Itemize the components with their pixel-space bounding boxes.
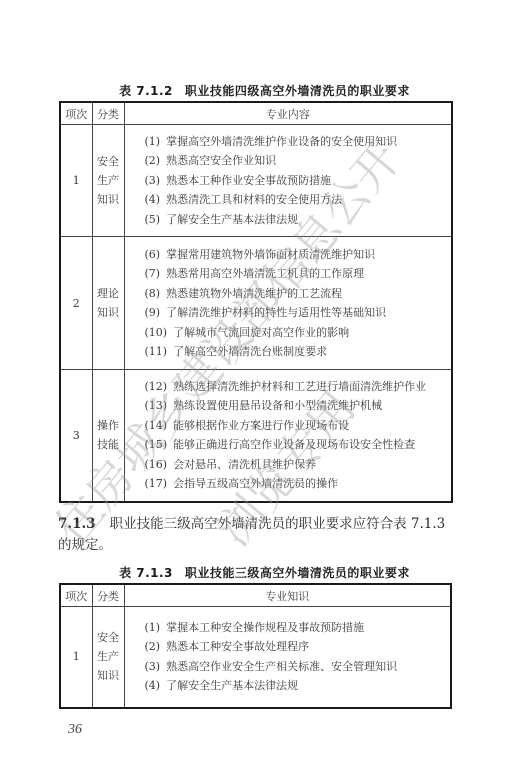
- list-item: (12)熟练选择清洗维护材料和工艺进行墙面清洗维护作业: [145, 377, 452, 397]
- list-item: (17)会指导五级高空外墙清洗员的操作: [145, 474, 452, 494]
- list-item: (3)熟悉高空作业安全生产相关标准、安全管理知识: [145, 657, 451, 677]
- table-header-row: 项次 分类 专业内容: [60, 102, 452, 125]
- header-index: 项次: [60, 102, 92, 125]
- list-item: (6)掌握常用建筑物外墙饰面材质清洗维护知识: [145, 245, 452, 265]
- list-item: (9)了解清洗维护材料的特性与适用性等基础知识: [145, 303, 452, 323]
- row-content: (12)熟练选择清洗维护材料和工艺进行墙面清洗维护作业 (13)熟练设置使用悬吊…: [124, 370, 452, 502]
- clause-7-1-3: 7.1.3职业技能三级高空外墙清洗员的职业要求应符合表 7.1.3 的规定。: [58, 514, 458, 556]
- clause-text: 职业技能三级高空外墙清洗员的职业要求应符合表 7.1.3 的规定。: [58, 516, 445, 553]
- row-category: 操作 技能: [92, 370, 124, 502]
- category-line: 生产: [93, 171, 124, 190]
- list-item: (16)会对悬吊、清洗机具维护保养: [145, 455, 452, 475]
- header-category: 分类: [92, 102, 124, 125]
- table-row: 2 理论 知识 (6)掌握常用建筑物外墙饰面材质清洗维护知识 (7)熟悉常用高空…: [60, 237, 452, 370]
- category-line: 技能: [93, 435, 124, 454]
- table-7-1-2: 项次 分类 专业内容 1 安全 生产 知识 (1)掌握高空外墙清洗维护作业设备的…: [59, 101, 453, 503]
- table-7-1-3: 项次 分类 专业知识 1 安全 生产 知识 (1)掌握本工种安全操作规程及事故预…: [59, 583, 452, 709]
- table-title: 职业技能三级高空外墙清洗员的职业要求: [185, 566, 410, 580]
- table-row: 3 操作 技能 (12)熟练选择清洗维护材料和工艺进行墙面清洗维护作业 (13)…: [60, 370, 452, 502]
- table-7-1-3-caption: 表 7.1.3职业技能三级高空外墙清洗员的职业要求: [0, 564, 529, 581]
- list-item: (2)熟悉高空安全作业知识: [145, 151, 452, 171]
- list-item: (14)能够根据作业方案进行作业现场布设: [145, 416, 452, 436]
- row-content: (6)掌握常用建筑物外墙饰面材质清洗维护知识 (7)熟悉常用高空外墙清洗工机具的…: [124, 237, 452, 370]
- list-item: (1)掌握本工种安全操作规程及事故预防措施: [145, 618, 451, 638]
- requirement-list: (1)掌握高空外墙清洗维护作业设备的安全使用知识 (2)熟悉高空安全作业知识 (…: [145, 132, 452, 230]
- list-item: (3)熟悉本工种作业安全事故预防措施: [145, 171, 452, 191]
- row-index: 3: [60, 370, 92, 502]
- header-category: 分类: [92, 584, 124, 607]
- requirement-list: (1)掌握本工种安全操作规程及事故预防措施 (2)熟悉本工种安全事故处理程序 (…: [145, 618, 451, 696]
- header-index: 项次: [60, 584, 92, 607]
- row-index: 2: [60, 237, 92, 370]
- list-item: (10)了解城市气流回旋对高空作业的影响: [145, 323, 452, 343]
- list-item: (8)熟悉建筑物外墙清洗维护的工艺流程: [145, 284, 452, 304]
- category-line: 安全: [93, 152, 124, 171]
- requirement-list: (12)熟练选择清洗维护材料和工艺进行墙面清洗维护作业 (13)熟练设置使用悬吊…: [145, 377, 452, 494]
- header-knowledge: 专业知识: [124, 584, 451, 607]
- category-line: 知识: [93, 666, 124, 685]
- row-category: 安全 生产 知识: [92, 125, 124, 237]
- table-title: 职业技能四级高空外墙清洗员的职业要求: [185, 84, 410, 98]
- row-index: 1: [60, 607, 92, 708]
- category-line: 操作: [93, 416, 124, 435]
- category-line: 知识: [93, 190, 124, 209]
- requirement-list: (6)掌握常用建筑物外墙饰面材质清洗维护知识 (7)熟悉常用高空外墙清洗工机具的…: [145, 245, 452, 362]
- category-line: 安全: [93, 628, 124, 647]
- list-item: (4)了解安全生产基本法律法规: [145, 676, 451, 696]
- table-number: 表 7.1.3: [119, 566, 173, 580]
- list-item: (2)熟悉本工种安全事故处理程序: [145, 637, 451, 657]
- header-content: 专业内容: [124, 102, 452, 125]
- list-item: (11)了解高空外墙清洗台账制度要求: [145, 342, 452, 362]
- row-index: 1: [60, 125, 92, 237]
- list-item: (15)能够正确进行高空作业设备及现场布设安全性检查: [145, 435, 452, 455]
- list-item: (1)掌握高空外墙清洗维护作业设备的安全使用知识: [145, 132, 452, 152]
- table-header-row: 项次 分类 专业知识: [60, 584, 451, 607]
- list-item: (7)熟悉常用高空外墙清洗工机具的工作原理: [145, 264, 452, 284]
- category-line: 知识: [93, 303, 124, 322]
- row-content: (1)掌握本工种安全操作规程及事故预防措施 (2)熟悉本工种安全事故处理程序 (…: [124, 607, 451, 708]
- table-7-1-2-caption: 表 7.1.2职业技能四级高空外墙清洗员的职业要求: [0, 82, 529, 99]
- page-number: 36: [68, 722, 82, 738]
- table-row: 1 安全 生产 知识 (1)掌握本工种安全操作规程及事故预防措施 (2)熟悉本工…: [60, 607, 451, 708]
- category-line: 生产: [93, 647, 124, 666]
- row-content: (1)掌握高空外墙清洗维护作业设备的安全使用知识 (2)熟悉高空安全作业知识 (…: [124, 125, 452, 237]
- list-item: (5)了解安全生产基本法律法规: [145, 210, 452, 230]
- category-line: 理论: [93, 284, 124, 303]
- row-category: 理论 知识: [92, 237, 124, 370]
- list-item: (13)熟练设置使用悬吊设备和小型清洗维护机械: [145, 396, 452, 416]
- row-category: 安全 生产 知识: [92, 607, 124, 708]
- table-number: 表 7.1.2: [119, 84, 173, 98]
- table-row: 1 安全 生产 知识 (1)掌握高空外墙清洗维护作业设备的安全使用知识 (2)熟…: [60, 125, 452, 237]
- clause-number: 7.1.3: [58, 516, 96, 532]
- list-item: (4)熟悉清洗工具和材料的安全使用方法: [145, 190, 452, 210]
